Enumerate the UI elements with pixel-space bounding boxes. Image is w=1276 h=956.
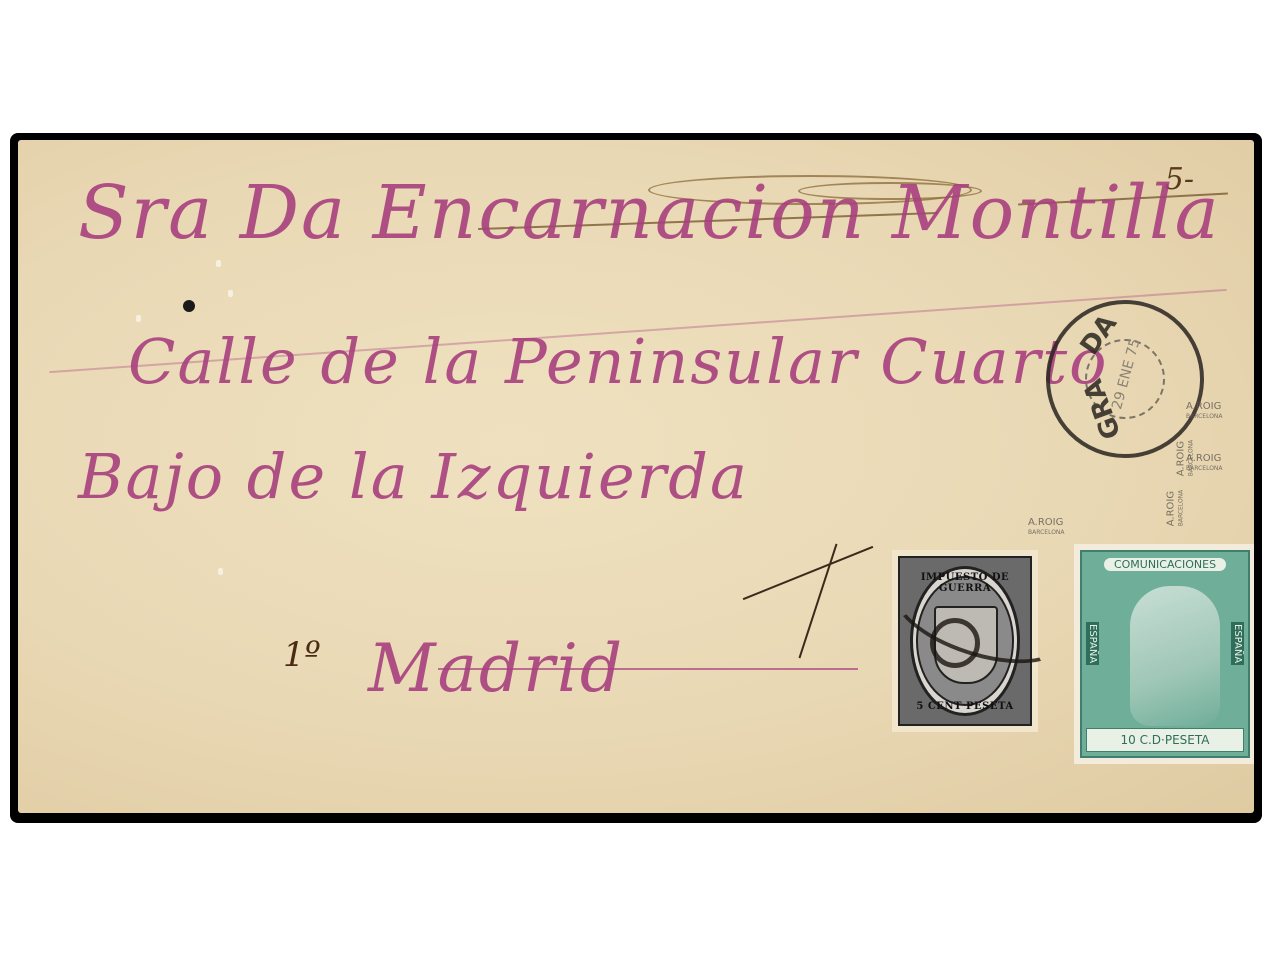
cross-mark-stroke (799, 544, 838, 659)
address-line-1: Sra Da Encarnacion Montilla (78, 170, 1221, 256)
stamp-frame: IMPUESTO DE GUERRA 5 CENT PESETA (898, 556, 1032, 726)
address-line-3: Bajo de la Izquierda (78, 440, 749, 513)
expert-mark-sub: BARCELONA (1028, 528, 1065, 538)
paper-nick (216, 260, 221, 267)
expert-mark-label: A.ROIG (1186, 453, 1221, 464)
expert-mark: A.ROIGBARCELONA (1186, 454, 1223, 474)
expert-mark-label: A.ROIG (1165, 491, 1176, 526)
paper-nick (136, 315, 141, 322)
expert-mark: A.ROIGBARCELONA (1166, 490, 1186, 527)
stamp-comunicaciones: COMUNICACIONES ESPAÑA ESPAÑA 10 C.D·PESE… (1074, 544, 1254, 764)
address-underline (438, 668, 858, 670)
stamp-side-text-right: ESPAÑA (1231, 622, 1244, 665)
envelope: 5- Sra Da Encarnacion Montilla Calle de … (10, 133, 1262, 823)
stamp-bottom-text: 5 CENT PESETA (900, 701, 1030, 712)
stamp-side-text-left: ESPAÑA (1086, 622, 1099, 665)
expert-mark: A.ROIGBARCELONA (1028, 518, 1065, 538)
cross-mark-stroke (743, 546, 874, 600)
expert-mark-sub: BARCELONA (1186, 464, 1223, 474)
envelope-paper: 5- Sra Da Encarnacion Montilla Calle de … (18, 140, 1254, 813)
seated-figure-icon (1130, 586, 1220, 726)
paper-nick (218, 568, 223, 575)
stamp-top-text: COMUNICACIONES (1104, 558, 1226, 571)
expert-mark-label: A.ROIG (1028, 517, 1063, 528)
paper-hole (183, 300, 195, 312)
stamp-bottom-text: 10 C.D·PESETA (1086, 728, 1244, 752)
floor-mark: 1º (283, 635, 321, 675)
expert-mark-sub: BARCELONA (1186, 412, 1223, 422)
paper-nick (228, 290, 233, 297)
postmark-granada: DA GRA 29 ENE 75 (1046, 300, 1204, 458)
stamp-frame: COMUNICACIONES ESPAÑA ESPAÑA 10 C.D·PESE… (1080, 550, 1250, 758)
expert-mark-label: A.ROIG (1175, 441, 1186, 476)
address-line-2: Calle de la Peninsular Cuarto (128, 325, 1108, 398)
expert-mark-label: A.ROIG (1186, 401, 1221, 412)
stamp-impuesto-de-guerra: IMPUESTO DE GUERRA 5 CENT PESETA (892, 550, 1038, 732)
expert-mark: A.ROIGBARCELONA (1186, 402, 1223, 422)
expert-mark-sub: BARCELONA (1176, 490, 1186, 527)
